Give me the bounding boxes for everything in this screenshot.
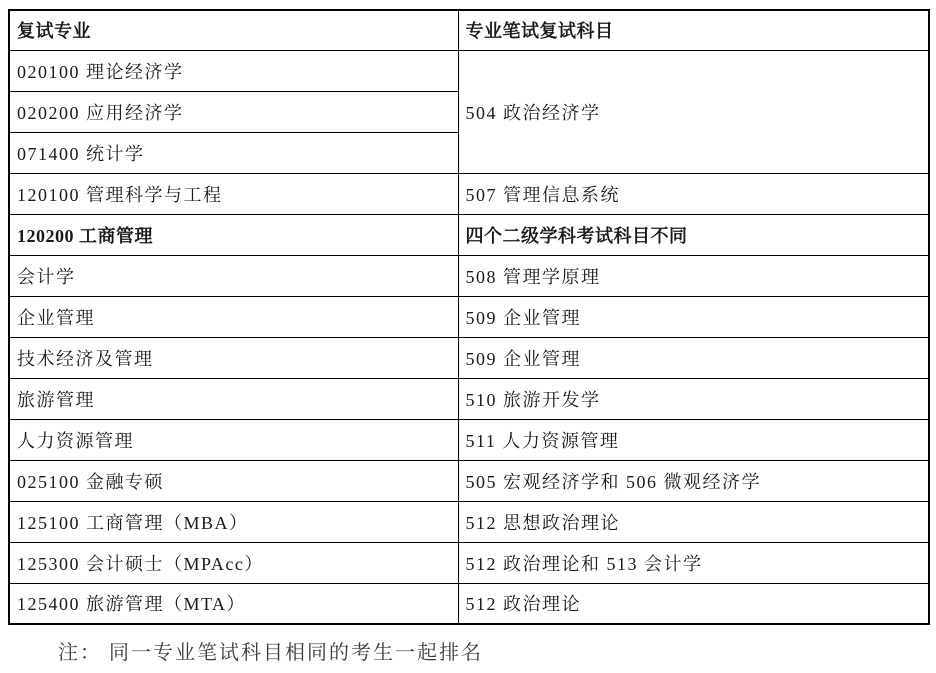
table-row: 企业管理 509 企业管理 bbox=[9, 296, 929, 337]
table-row: 125100 工商管理（MBA） 512 思想政治理论 bbox=[9, 501, 929, 542]
subject-cell: 507 管理信息系统 bbox=[458, 173, 929, 214]
reexam-subject-table: 复试专业 专业笔试复试科目 020100 理论经济学 504 政治经济学 020… bbox=[8, 9, 930, 625]
table-row: 025100 金融专硕 505 宏观经济学和 506 微观经济学 bbox=[9, 460, 929, 501]
table-row: 会计学 508 管理学原理 bbox=[9, 255, 929, 296]
major-cell: 120100 管理科学与工程 bbox=[9, 173, 458, 214]
major-cell: 071400 统计学 bbox=[9, 132, 458, 173]
document-page: 复试专业 专业笔试复试科目 020100 理论经济学 504 政治经济学 020… bbox=[0, 0, 936, 673]
subject-cell: 512 政治理论和 513 会计学 bbox=[458, 542, 929, 583]
subject-cell: 509 企业管理 bbox=[458, 337, 929, 378]
major-cell: 125300 会计硕士（MPAcc） bbox=[9, 542, 458, 583]
major-cell: 125100 工商管理（MBA） bbox=[9, 501, 458, 542]
table-row: 120100 管理科学与工程 507 管理信息系统 bbox=[9, 173, 929, 214]
major-cell: 020200 应用经济学 bbox=[9, 91, 458, 132]
table-row: 旅游管理 510 旅游开发学 bbox=[9, 378, 929, 419]
ranking-note: 注： 同一专业笔试科目相同的考生一起排名 bbox=[58, 636, 483, 665]
major-cell: 技术经济及管理 bbox=[9, 337, 458, 378]
table-row: 人力资源管理 511 人力资源管理 bbox=[9, 419, 929, 460]
major-cell: 125400 旅游管理（MTA） bbox=[9, 583, 458, 624]
subject-cell: 509 企业管理 bbox=[458, 296, 929, 337]
subject-cell-merged: 504 政治经济学 bbox=[458, 50, 929, 173]
header-subject: 专业笔试复试科目 bbox=[458, 10, 929, 50]
major-cell: 企业管理 bbox=[9, 296, 458, 337]
table-row: 020100 理论经济学 504 政治经济学 bbox=[9, 50, 929, 91]
subject-cell: 510 旅游开发学 bbox=[458, 378, 929, 419]
subject-cell: 508 管理学原理 bbox=[458, 255, 929, 296]
major-cell: 旅游管理 bbox=[9, 378, 458, 419]
table-row: 技术经济及管理 509 企业管理 bbox=[9, 337, 929, 378]
major-cell: 会计学 bbox=[9, 255, 458, 296]
table-row: 125300 会计硕士（MPAcc） 512 政治理论和 513 会计学 bbox=[9, 542, 929, 583]
subject-cell: 505 宏观经济学和 506 微观经济学 bbox=[458, 460, 929, 501]
major-cell: 020100 理论经济学 bbox=[9, 50, 458, 91]
subject-cell: 511 人力资源管理 bbox=[458, 419, 929, 460]
subject-cell: 512 政治理论 bbox=[458, 583, 929, 624]
table-row-bold-section: 120200 工商管理 四个二级学科考试科目不同 bbox=[9, 214, 929, 255]
table-row: 125400 旅游管理（MTA） 512 政治理论 bbox=[9, 583, 929, 624]
subject-cell: 512 思想政治理论 bbox=[458, 501, 929, 542]
major-cell: 人力资源管理 bbox=[9, 419, 458, 460]
subject-cell: 四个二级学科考试科目不同 bbox=[458, 214, 929, 255]
major-cell: 120200 工商管理 bbox=[9, 214, 458, 255]
table-header-row: 复试专业 专业笔试复试科目 bbox=[9, 10, 929, 50]
major-cell: 025100 金融专硕 bbox=[9, 460, 458, 501]
header-major: 复试专业 bbox=[9, 10, 458, 50]
